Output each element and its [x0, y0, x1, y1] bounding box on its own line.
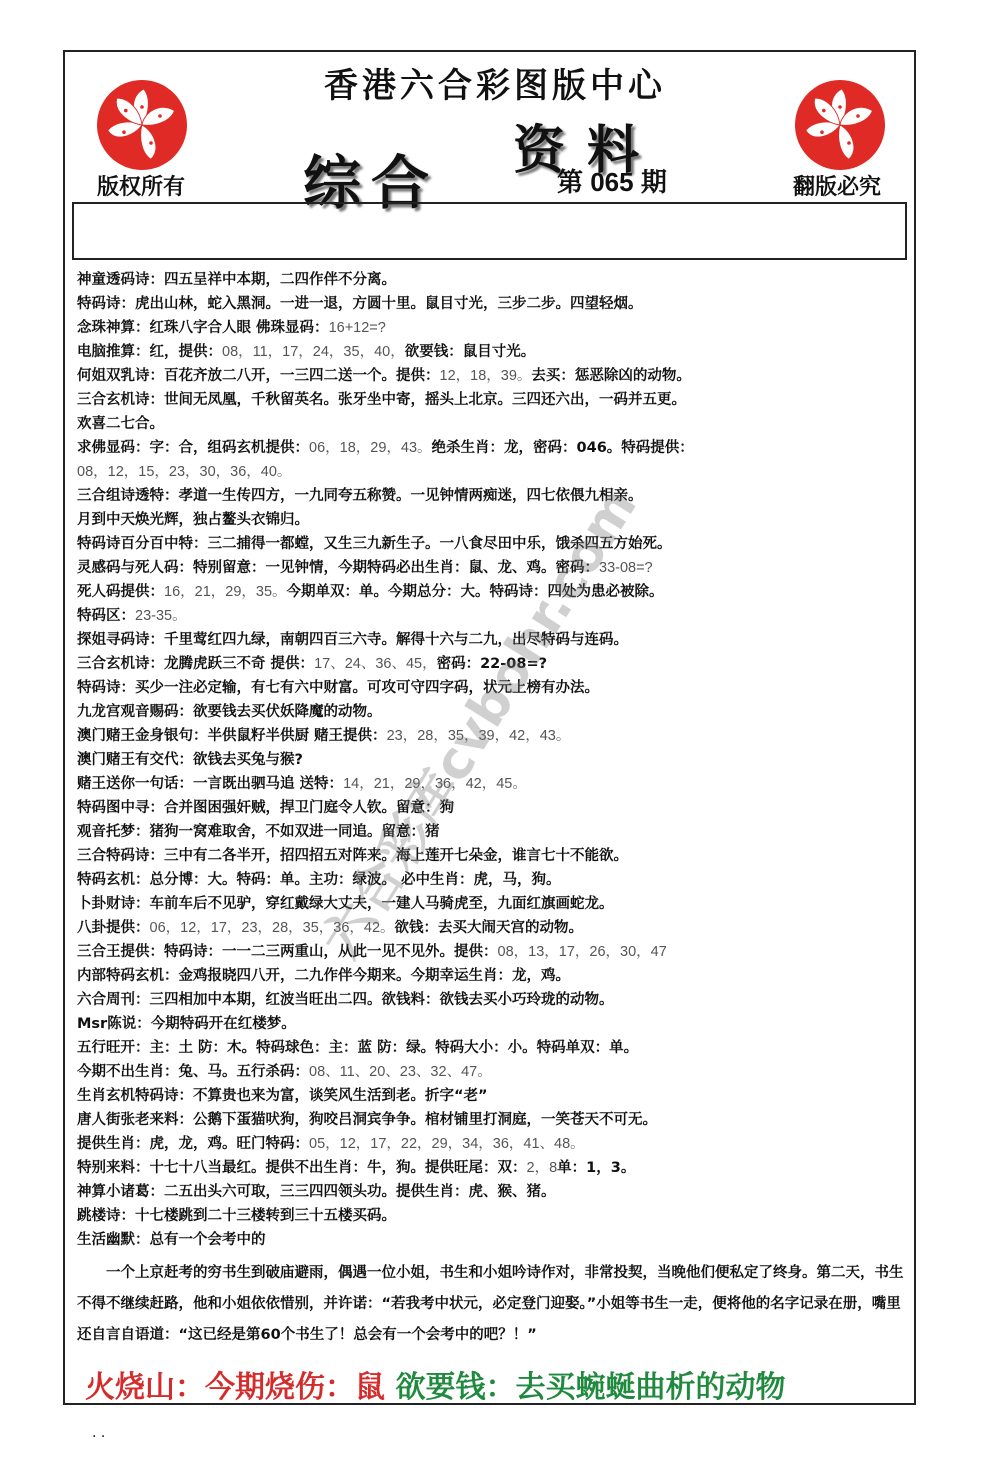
text-line: 生肖玄机特码诗：不算贵也来为富，谈笑风生活到老。折字“老” — [77, 1084, 909, 1108]
line-text: ：孝道一生传四方，一九同夸五称赞。一见钟情两痴迷，四七依偎九相亲。 — [164, 488, 643, 504]
line-text: ：三二捕得一都螳，又生三九新生子。一八食尽田中乐，饿杀四五方始死。 — [193, 536, 672, 552]
trailing-dots: . . — [92, 1425, 105, 1441]
line-text: ：总分博：大。特码：单。主功：绿波。 必中生肖：虎，马，狗。 — [135, 872, 561, 888]
line-tail: 欲要钱：鼠目寸光。 — [405, 344, 536, 360]
line-num: 05，12，17，22，29，34，36，41、48。 — [309, 1136, 585, 1152]
line-tail: 密码：22-08=? — [437, 656, 547, 672]
line-tail: 去买：惩恶除凶的动物。 — [531, 368, 691, 384]
text-line: 赌王送你一句话：一言既出驷马追 送特：14，21，29，36，42，45。 — [77, 772, 909, 796]
line-label: 提供生肖 — [77, 1136, 135, 1152]
line-text: ：半供鼠籽半供厨 赌王提供： — [193, 728, 387, 744]
line-label: 探姐寻码诗 — [77, 632, 150, 648]
line-label: 卜卦财诗 — [77, 896, 135, 912]
text-line: 八卦提供：06，12，17，23，28，35，36，42。欲钱：去买大闹天宫的动… — [77, 916, 909, 940]
bauhinia-flower-icon — [97, 80, 187, 170]
text-line: 特码图中寻：合并图困强奸贼，捍卫门庭令人钦。留意：狗 — [77, 796, 909, 820]
line-text: ：字：合，组码玄机提供： — [135, 440, 309, 456]
text-line: 今期不出生肖：兔、马。五行杀码：08、11、20、23、32、47。 — [77, 1060, 909, 1084]
footer-green-text: 欲要钱：去买蜿蜒曲析的动物 — [395, 1370, 785, 1405]
text-line: 三合玄机诗：世间无凤凰，千秋留英名。张牙坐中寄，摇头上北京。三四还六出，一码并五… — [77, 388, 909, 412]
line-text: ：欲要钱去买伏妖降魔的动物。 — [179, 704, 382, 720]
line-label: 澳门赌王金身银句 — [77, 728, 193, 744]
footer-slogan: 火烧山：今期烧伤：鼠 欲要钱：去买蜿蜒曲析的动物 — [85, 1362, 785, 1406]
content-lines: 神童透码诗：四五呈祥中本期，二四作伴不分离。特码诗：虎出山林，蛇入黑洞。一进一退… — [77, 268, 909, 1351]
line-text: ：特别留意：一见钟情，今期特码必出生肖：鼠、龙、鸡。密码： — [179, 560, 600, 576]
line-label: 特码玄机 — [77, 872, 135, 888]
line-text: ：世间无凤凰，千秋留英名。张牙坐中寄，摇头上北京。三四还六出，一码并五更。 — [150, 392, 687, 408]
line-num: 08，13，17，26，30，47 — [498, 944, 667, 960]
line-text: ：车前车后不见驴，穿红戴绿大丈夫，一建人马骑虎至，九面红旗画蛇龙。 — [135, 896, 614, 912]
line-label: 特码诗百分百中特 — [77, 536, 193, 552]
line-text: ：金鸡报晓四八开，二九作伴今期来。今期幸运生肖：龙，鸡。 — [164, 968, 570, 984]
text-line: 求佛显码：字：合，组码玄机提供：06，18，29，43。绝杀生肖：龙，密码：04… — [77, 436, 909, 460]
line-text: ：千里莺红四九绿，南朝四百三六寺。解得十六与二九，出尽特码与连码。 — [150, 632, 629, 648]
text-line: 生活幽默：总有一个会考中的 — [77, 1228, 909, 1252]
line-label: 神算小诸葛 — [77, 1184, 150, 1200]
line-label: Msr陈说 — [77, 1016, 136, 1032]
piracy-warning-label: 翻版必究 — [793, 170, 881, 201]
text-line: 澳门赌王有交代：欲钱去买兔与猴? — [77, 748, 909, 772]
text-line: 三合组诗透特：孝道一生传四方，一九同夸五称赞。一见钟情两痴迷，四七依偎九相亲。 — [77, 484, 909, 508]
line-label: 八卦提供 — [77, 920, 135, 936]
text-line: 观音托梦：猪狗一窝难取舍，不如双进一同追。留意：猪 — [77, 820, 909, 844]
line-tail: 今期单双：单。今期总分：大。特码诗：四处为患必被除。 — [287, 584, 664, 600]
text-line: 提供生肖：虎，龙，鸡。旺门特码：05，12，17，22，29，34，36，41、… — [77, 1132, 909, 1156]
line-label: 三合玄机诗 — [77, 392, 150, 408]
line-label: 灵感码与死人码 — [77, 560, 179, 576]
text-line: 特码诗百分百中特：三二捕得一都螳，又生三九新生子。一八食尽田中乐，饿杀四五方始死… — [77, 532, 909, 556]
text-line: 死人码提供：16，21，29，35。今期单双：单。今期总分：大。特码诗：四处为患… — [77, 580, 909, 604]
text-line: 澳门赌王金身银句：半供鼠籽半供厨 赌王提供：23，28，35，39，42，43。 — [77, 724, 909, 748]
line-text: ：主：土 防：木。特码球色：主：蓝 防：绿。特码大小：小。特码单双：单。 — [135, 1040, 638, 1056]
line-label: 特码区 — [77, 608, 121, 624]
line-num: 17、24、36、45， — [314, 656, 437, 672]
line-label: 求佛显码 — [77, 440, 135, 456]
line-text: ： — [121, 608, 136, 624]
line-text: ：一言既出驷马追 送特： — [179, 776, 344, 792]
text-line: 三合玄机诗：龙腾虎跃三不奇 提供：17、24、36、45，密码：22-08=? — [77, 652, 909, 676]
text-line: 特码玄机：总分博：大。特码：单。主功：绿波。 必中生肖：虎，马，狗。 — [77, 868, 909, 892]
line-label: 生肖玄机特码诗 — [77, 1088, 179, 1104]
text-line: 特别来料：十七十八当最红。提供不出生肖：牛，狗。提供旺尾：双：2，8单：1，3。 — [77, 1156, 909, 1180]
line-tail: 绝杀生肖：龙，密码：046。特码提供： — [432, 440, 694, 456]
line-text: ：四五呈祥中本期，二四作伴不分离。 — [150, 272, 397, 288]
line-label: 今期不出生肖 — [77, 1064, 164, 1080]
text-line: 神童透码诗：四五呈祥中本期，二四作伴不分离。 — [77, 268, 909, 292]
line-text: ：三中有二各半开，招四招五对阵来。海上莲开七朵金，谁言七十不能欲。 — [150, 848, 629, 864]
line-text: ：龙腾虎跃三不奇 提供： — [150, 656, 315, 672]
line-tail: 单：1，3。 — [557, 1160, 635, 1176]
text-line: 探姐寻码诗：千里莺红四九绿，南朝四百三六寺。解得十六与二九，出尽特码与连码。 — [77, 628, 909, 652]
line-num: 08，11，17，24，35，40， — [222, 344, 405, 360]
line-label: 六合周刊 — [77, 992, 135, 1008]
text-line: 特码诗：买少一注必定输，有七有六中财富。可攻可守四字码，状元上榜有办法。 — [77, 676, 909, 700]
line-num: 14，21，29，36，42，45。 — [343, 776, 527, 792]
publisher-title: 香港六合彩图版中心 — [255, 58, 735, 107]
line-text: ：红珠八字合人眼 佛珠显码： — [135, 320, 329, 336]
footer-red-text: 火烧山：今期烧伤：鼠 — [85, 1370, 385, 1405]
line-label: 澳门赌王有交代 — [77, 752, 179, 768]
text-line: 五行旺开：主：土 防：木。特码球色：主：蓝 防：绿。特码大小：小。特码单双：单。 — [77, 1036, 909, 1060]
line-label: 赌王送你一句话 — [77, 776, 179, 792]
line-text: ： — [135, 920, 150, 936]
text-line: 月到中天焕光辉，独占鳌头衣锦归。 — [77, 508, 909, 532]
line-text: ：特码诗：一一二三两重山，从此一见不见外。提供： — [150, 944, 498, 960]
line-text: ：百花齐放二八开，一三四二送一个。提供： — [150, 368, 440, 384]
line-text: ：虎，龙，鸡。旺门特码： — [135, 1136, 309, 1152]
line-label: 特码诗 — [77, 296, 121, 312]
line-label: 特码图中寻 — [77, 800, 150, 816]
line-label: 死人码提供 — [77, 584, 150, 600]
line-text: ：欲钱去买兔与猴? — [179, 752, 303, 768]
line-label: 三合组诗透特 — [77, 488, 164, 504]
line-label: 三合玄机诗 — [77, 656, 150, 672]
line-text: ：买少一注必定输，有七有六中财富。可攻可守四字码，状元上榜有办法。 — [121, 680, 600, 696]
line-text: ：虎出山林，蛇入黑洞。一进一退，方圆十里。鼠目寸光，三步二步。四望轻烟。 — [121, 296, 643, 312]
line-tail: 欲钱：去买大闹天宫的动物。 — [395, 920, 584, 936]
line-label: 特别来料 — [77, 1160, 135, 1176]
text-line: 九龙宫观音赐码：欲要钱去买伏妖降魔的动物。 — [77, 700, 909, 724]
text-line: 特码区：23-35。 — [77, 604, 909, 628]
line-text: ：猪狗一窝难取舍，不如双进一同追。留意：猪 — [135, 824, 440, 840]
line-num: 08，12，15，23，30，36，40。 — [77, 464, 291, 480]
text-line: 三合王提供：特码诗：一一二三两重山，从此一见不见外。提供：08，13，17，26… — [77, 940, 909, 964]
text-line: 唐人街张老来料：公鹅下蛋猫吠狗，狗咬吕洞宾争争。棺材铺里打洞庭，一笑苍天不可无。 — [77, 1108, 909, 1132]
line-label: 三合王提供 — [77, 944, 150, 960]
line-label: 念珠神算 — [77, 320, 135, 336]
document-sheet: 香港六合彩图版中心 版权所有 翻版必究 综合 资料 第 065 期 神童透码诗：… — [63, 50, 916, 1405]
line-num: 33-08=? — [599, 560, 653, 576]
line-num: 08、11、20、23、32、47。 — [309, 1064, 492, 1080]
text-line: 念珠神算：红珠八字合人眼 佛珠显码：16+12=? — [77, 316, 909, 340]
line-text: ：三四相加中本期，红波当旺出二四。欲钱料：欲钱去买小巧玲珑的动物。 — [135, 992, 614, 1008]
line-num: 12，18，39。 — [440, 368, 532, 384]
humor-story: 一个上京赶考的穷书生到破庙避雨，偶遇一位小姐，书生和小姐吟诗作对，非常投契，当晚… — [77, 1258, 909, 1351]
line-label: 特码诗 — [77, 680, 121, 696]
line-text: ：总有一个会考中的 — [135, 1232, 266, 1248]
text-line: 电脑推算：红，提供：08，11，17，24，35，40，欲要钱：鼠目寸光。 — [77, 340, 909, 364]
text-line: 欢喜二七合。 — [77, 412, 909, 436]
line-text: ：兔、马。五行杀码： — [164, 1064, 309, 1080]
line-num: 16+12=? — [329, 320, 386, 336]
line-num: 06，18，29，43。 — [309, 440, 432, 456]
story-paragraph: 一个上京赶考的穷书生到破庙避雨，偶遇一位小姐，书生和小姐吟诗作对，非常投契，当晚… — [77, 1258, 909, 1351]
issue-number: 第 065 期 — [557, 162, 667, 199]
text-line: Msr陈说：今期特码开在红楼梦。 — [77, 1012, 909, 1036]
line-num: 16，21，29，35。 — [164, 584, 287, 600]
line-num: 23，28，35，39，42，43。 — [387, 728, 571, 744]
line-text: ：二五出头六可取，三三四四领头功。提供生肖：虎、猴、猪。 — [150, 1184, 556, 1200]
text-line: 08，12，15，23，30，36，40。 — [77, 460, 909, 484]
text-line: 卜卦财诗：车前车后不见驴，穿红戴绿大丈夫，一建人马骑虎至，九面红旗画蛇龙。 — [77, 892, 909, 916]
line-num: 06，12，17，23，28，35，36，42。 — [150, 920, 395, 936]
line-label: 神童透码诗 — [77, 272, 150, 288]
bauhinia-flower-icon — [795, 80, 885, 170]
line-text: ：十七楼跳到二十三楼转到三十五楼买码。 — [121, 1208, 397, 1224]
line-text: ：公鹅下蛋猫吠狗，狗咬吕洞宾争争。棺材铺里打洞庭，一笑苍天不可无。 — [179, 1112, 658, 1128]
copyright-label: 版权所有 — [97, 170, 185, 201]
line-label: 电脑推算 — [77, 344, 135, 360]
line-label: 观音托梦 — [77, 824, 135, 840]
line-label: 三合特码诗 — [77, 848, 150, 864]
line-text: ：不算贵也来为富，谈笑风生活到老。折字“老” — [179, 1088, 488, 1104]
line-text: ：合并图困强奸贼，捍卫门庭令人钦。留意：狗 — [150, 800, 455, 816]
line-text: ： — [150, 584, 165, 600]
line-label: 唐人街张老来料 — [77, 1112, 179, 1128]
line-text: 欢喜二七合。 — [77, 416, 164, 432]
text-line: 三合特码诗：三中有二各半开，招四招五对阵来。海上莲开七朵金，谁言七十不能欲。 — [77, 844, 909, 868]
blank-banner-box — [72, 202, 907, 260]
line-label: 生活幽默 — [77, 1232, 135, 1248]
line-num: 2，8 — [527, 1160, 558, 1176]
line-text: 月到中天焕光辉，独占鳌头衣锦归。 — [77, 512, 309, 528]
text-line: 灵感码与死人码：特别留意：一见钟情，今期特码必出生肖：鼠、龙、鸡。密码：33-0… — [77, 556, 909, 580]
line-text: ：十七十八当最红。提供不出生肖：牛，狗。提供旺尾：双： — [135, 1160, 527, 1176]
line-label: 跳楼诗 — [77, 1208, 121, 1224]
line-label: 何姐双乳诗 — [77, 368, 150, 384]
line-label: 内部特码玄机 — [77, 968, 164, 984]
line-label: 五行旺开 — [77, 1040, 135, 1056]
line-num: 23-35。 — [135, 608, 187, 624]
text-line: 何姐双乳诗：百花齐放二八开，一三四二送一个。提供：12，18，39。去买：惩恶除… — [77, 364, 909, 388]
line-label: 九龙宫观音赐码 — [77, 704, 179, 720]
text-line: 六合周刊：三四相加中本期，红波当旺出二四。欲钱料：欲钱去买小巧玲珑的动物。 — [77, 988, 909, 1012]
text-line: 神算小诸葛：二五出头六可取，三三四四领头功。提供生肖：虎、猴、猪。 — [77, 1180, 909, 1204]
line-text: ：红，提供： — [135, 344, 222, 360]
line-text: ：今期特码开在红楼梦。 — [136, 1016, 296, 1032]
text-line: 内部特码玄机：金鸡报晓四八开，二九作伴今期来。今期幸运生肖：龙，鸡。 — [77, 964, 909, 988]
text-line: 特码诗：虎出山林，蛇入黑洞。一进一退，方圆十里。鼠目寸光，三步二步。四望轻烟。 — [77, 292, 909, 316]
text-line: 跳楼诗：十七楼跳到二十三楼转到三十五楼买码。 — [77, 1204, 909, 1228]
